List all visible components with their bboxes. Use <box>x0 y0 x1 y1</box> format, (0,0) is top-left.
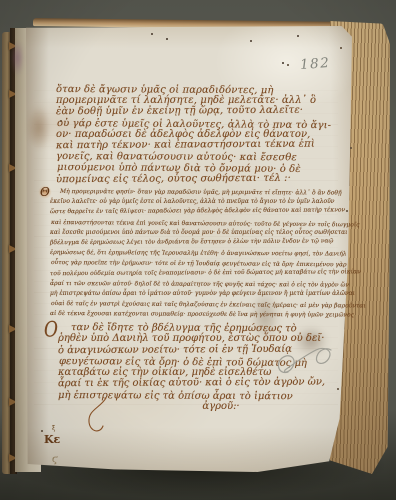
folio-number-pencil: 182 <box>299 55 330 73</box>
manuscript-text-line: ὑπομείνας εἰς τέλος, οὗτος σωθήσεται· τέ… <box>56 172 314 185</box>
manuscript-text-line: καὶ ἐπαναστήσονται τέκνα ἐπὶ γονεῖς καὶ … <box>51 218 343 230</box>
manuscript-text-line: ταν δὲ ἴδητε τὸ βδέλυγμα τῆς ἐρημώσεως τ… <box>58 322 316 335</box>
manuscript-text-line: καὶ πατὴρ τέκνον· καὶ ἐπαναστήσονται τέκ… <box>56 139 314 152</box>
margin-mark-above: ξ <box>52 425 55 432</box>
manuscript-text-line: ὅταν δὲ ἄγωσιν ὑμᾶς οἱ παραδιδόντες, μὴ <box>56 84 314 97</box>
lection-end-word: ἀγροῦ:· <box>190 401 252 412</box>
manuscript-text-line: μὴ ἐπιστρεψάτω ὀπίσω ἆραι τὸ ἱμάτιον αὐτ… <box>50 289 342 299</box>
manuscript-text-line: βδέλυγμα δὲ ἐρημώσεως λέγει τὸν ἀνδριάντ… <box>50 236 342 248</box>
manuscript-text-line: ἆραί τι τῶν σκευῶν αὐτοῦ· δηλοῖ δὲ τὸ ἀπ… <box>50 279 342 291</box>
pencil-doodle <box>272 342 336 382</box>
pen-flourish <box>86 396 110 438</box>
ink-specks <box>0 0 2 2</box>
manuscript-text-line: τοῦ πολέμου οὐδεμία σωτηρία τοῖς ἐναπομε… <box>50 267 342 279</box>
manuscript-text-line: αἱ δὲ τέκνα ἔχουσαι κατέχονται συμπαθείᾳ… <box>50 309 342 321</box>
kephalaion-mark: Κε <box>44 433 60 446</box>
manuscript-text-line: Μὴ προμεριμνᾶτε φησίν· ὅταν γὰρ παραδῶσι… <box>50 187 342 199</box>
manuscript-text-line: ἐὰν δοθῇ ὑμῖν ἐν ἐκείνῃ τῇ ὥρᾳ, τοῦτο λα… <box>56 105 314 118</box>
gospel-initial-omicron: Ο <box>44 318 58 343</box>
manuscript-photo: 182 ὅταν δὲ ἄγωσιν ὑμᾶς οἱ παραδιδόντες,… <box>0 0 396 500</box>
manuscript-text-line: οὐ γάρ ἐστε ὑμεῖς οἱ λαλοῦντες, ἀλλὰ τὸ … <box>57 118 315 131</box>
commentary-small-script: Μὴ προμεριμνᾶτε φησίν· ὅταν γὰρ παραδῶσι… <box>50 187 342 320</box>
gospel-text-upper: ὅταν δὲ ἄγωσιν ὑμᾶς οἱ παραδιδόντες, μὴπ… <box>56 84 314 185</box>
manuscript-text-line: ὥστε θαρρεῖτε ἐν ταῖς θλίψεσι· παραδώσει… <box>50 206 342 218</box>
